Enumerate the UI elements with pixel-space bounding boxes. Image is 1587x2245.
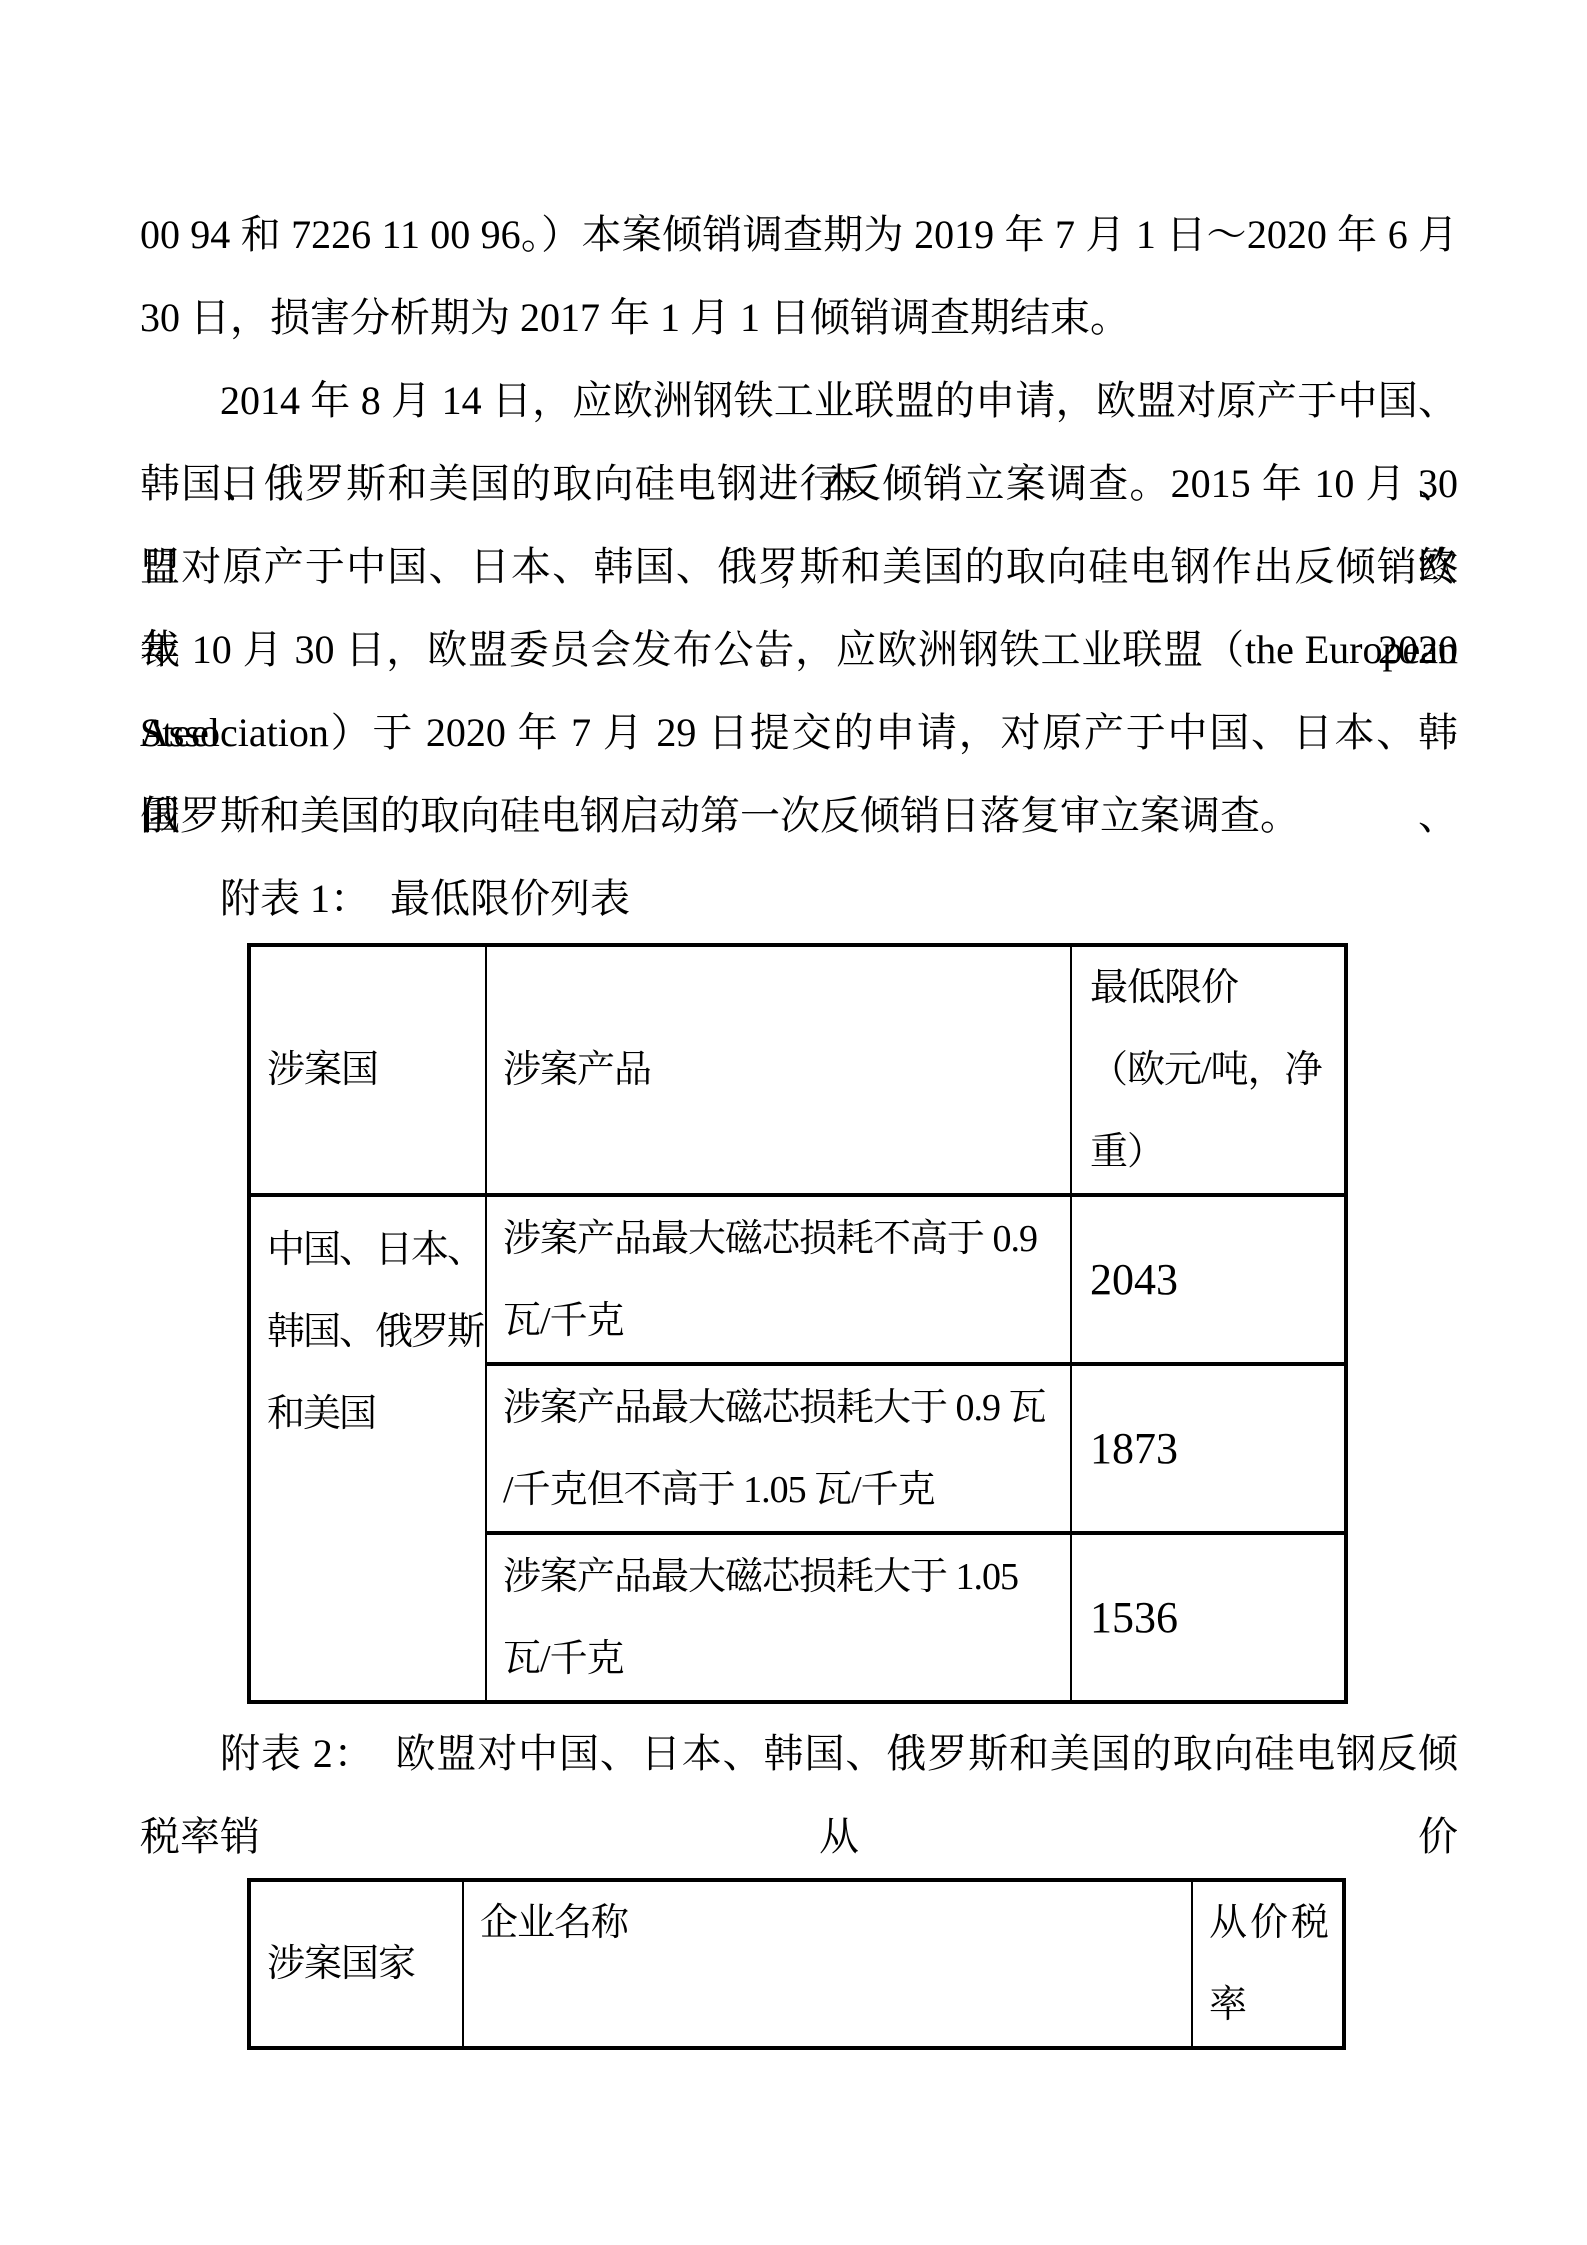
header-cell-country: 涉案国家 xyxy=(249,1880,463,2048)
table-header-row: 涉案国 涉案产品 最低限价 （欧元/吨，净 重） xyxy=(249,945,1346,1195)
cell-min-price: 2043 xyxy=(1071,1195,1346,1364)
body-text-line: 30 日，损害分析期为 2017 年 1 月 1 日倾销调查期结束。 xyxy=(140,276,1458,359)
document-content: 00 94 和 7226 11 00 96。）本案倾销调查期为 2019 年 7… xyxy=(140,193,1458,2050)
cell-line: 瓦/千克 xyxy=(503,1618,1068,1700)
header-label-line: 从价税 xyxy=(1209,1882,1328,1964)
header-cell-duty-rate: 从价税 率 xyxy=(1192,1880,1344,2048)
cell-line: 和美国 xyxy=(267,1373,483,1455)
cell-product: 涉案产品最大磁芯损耗不高于 0.9 瓦/千克 xyxy=(486,1195,1071,1364)
header-cell-country: 涉案国 xyxy=(249,945,486,1195)
cell-product: 涉案产品最大磁芯损耗大于 1.05 瓦/千克 xyxy=(486,1533,1071,1702)
header-cell-company: 企业名称 xyxy=(463,1880,1192,2048)
document-page: 00 94 和 7226 11 00 96。）本案倾销调查期为 2019 年 7… xyxy=(0,0,1587,2245)
table1-caption: 附表 1： 最低限价列表 xyxy=(140,857,1458,940)
table-row: 中国、日本、 韩国、俄罗斯 和美国 涉案产品最大磁芯损耗不高于 0.9 瓦/千克… xyxy=(249,1195,1346,1364)
cell-countries: 中国、日本、 韩国、俄罗斯 和美国 xyxy=(249,1195,486,1702)
header-label: 涉案国家 xyxy=(267,1923,460,2005)
body-text-line: 00 94 和 7226 11 00 96。）本案倾销调查期为 2019 年 7… xyxy=(140,193,1458,276)
header-cell-product: 涉案产品 xyxy=(486,945,1071,1195)
body-text-line: Association）于 2020 年 7 月 29 日提交的申请，对原产于中… xyxy=(140,691,1458,774)
body-text-line: 2014 年 8 月 14 日，应欧洲钢铁工业联盟的申请，欧盟对原产于中国、日本… xyxy=(140,359,1458,442)
header-label: 企业名称 xyxy=(480,1882,1189,1964)
cell-line: 涉案产品最大磁芯损耗大于 1.05 xyxy=(503,1536,1068,1618)
body-text-line: 盟对原产于中国、日本、韩国、俄罗斯和美国的取向硅电钢作出反倾销终裁。2020 xyxy=(140,525,1458,608)
table-header-row: 涉案国家 企业名称 从价税 率 xyxy=(249,1880,1344,2048)
min-price-table: 涉案国 涉案产品 最低限价 （欧元/吨，净 重） 中国、日本、 韩国、俄罗斯 和… xyxy=(247,943,1348,1704)
cell-line: 瓦/千克 xyxy=(503,1280,1068,1362)
header-label-line: 最低限价 xyxy=(1090,947,1342,1029)
cell-line: 韩国、俄罗斯 xyxy=(267,1291,483,1373)
cell-line: 涉案产品最大磁芯损耗大于 0.9 瓦 xyxy=(503,1367,1068,1449)
header-label: 涉案国 xyxy=(267,1029,483,1111)
header-label: 涉案产品 xyxy=(503,1029,1068,1111)
header-cell-min-price: 最低限价 （欧元/吨，净 重） xyxy=(1071,945,1346,1195)
header-label-line: 重） xyxy=(1090,1111,1342,1193)
table2-caption-line: 附表 2： 欧盟对中国、日本、韩国、俄罗斯和美国的取向硅电钢反倾销从价 xyxy=(140,1712,1458,1795)
body-text-line: 韩国、俄罗斯和美国的取向硅电钢进行反倾销立案调查。2015 年 10 月 30 … xyxy=(140,442,1458,525)
cell-line: 中国、日本、 xyxy=(267,1209,483,1291)
cell-product: 涉案产品最大磁芯损耗大于 0.9 瓦 /千克但不高于 1.05 瓦/千克 xyxy=(486,1364,1071,1533)
header-label-line: 率 xyxy=(1209,1964,1328,2046)
cell-min-price: 1873 xyxy=(1071,1364,1346,1533)
cell-line: 涉案产品最大磁芯损耗不高于 0.9 xyxy=(503,1198,1068,1280)
body-text-line: 俄罗斯和美国的取向硅电钢启动第一次反倾销日落复审立案调查。 xyxy=(140,774,1458,857)
cell-min-price: 1536 xyxy=(1071,1533,1346,1702)
body-text-line: 年 10 月 30 日，欧盟委员会发布公告，应欧洲钢铁工业联盟（the Euro… xyxy=(140,608,1458,691)
header-label-line: （欧元/吨，净 xyxy=(1090,1029,1342,1111)
duty-rate-table: 涉案国家 企业名称 从价税 率 xyxy=(247,1878,1346,2050)
cell-line: /千克但不高于 1.05 瓦/千克 xyxy=(503,1449,1068,1531)
